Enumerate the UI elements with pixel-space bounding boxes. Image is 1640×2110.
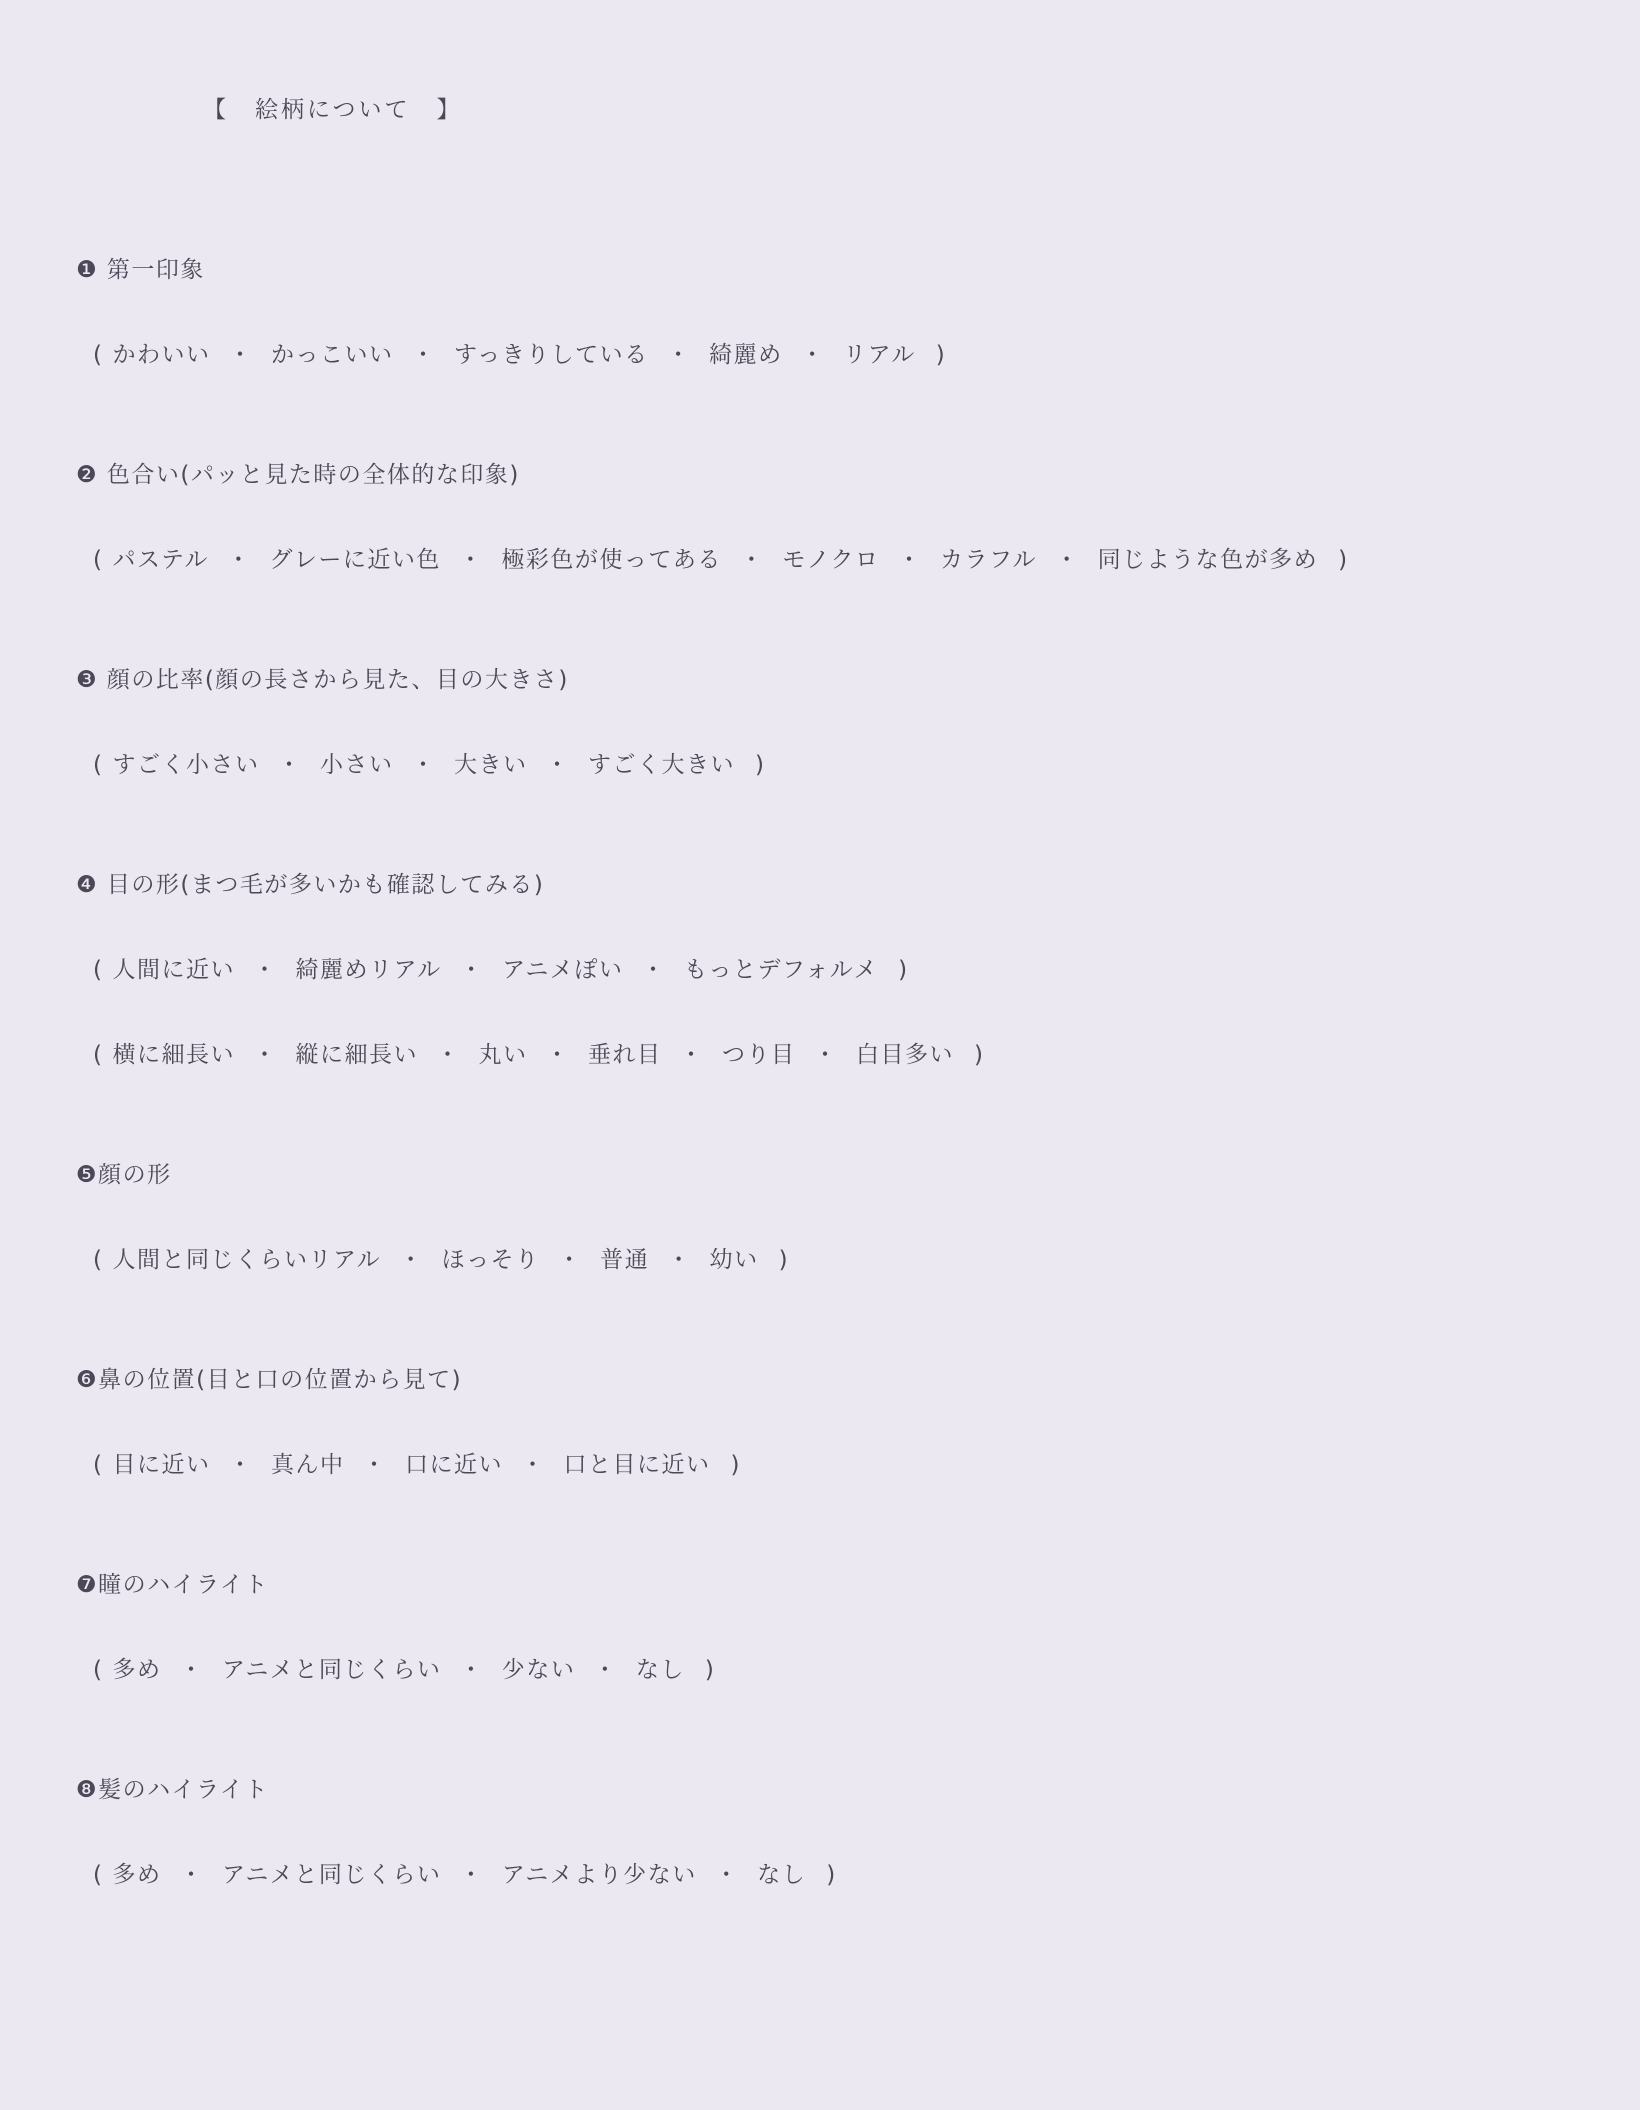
option-item: アニメぽい: [502, 955, 623, 985]
option-item: 極彩色が使ってある: [501, 545, 722, 575]
option-item: モノクロ: [782, 545, 879, 575]
option-item: 人間に近い: [112, 955, 235, 985]
sections: ❶ 第一印象(かわいい・かっこいい・すっきりしている・綺麗め・リアル)❷ 色合い…: [76, 255, 1600, 1890]
option-separator: ・: [460, 957, 485, 983]
paren-open: (: [93, 547, 103, 573]
section-heading: ❷ 色合い(パッと見た時の全体的な印象): [76, 460, 1600, 490]
option-item: すごく大きい: [588, 750, 735, 780]
option-separator: ・: [813, 1042, 838, 1068]
option-separator: ・: [545, 752, 570, 778]
option-item: アニメより少ない: [502, 1860, 697, 1890]
option-item: 綺麗め: [709, 340, 783, 370]
option-item: なし: [757, 1860, 806, 1890]
paren-open: (: [93, 1862, 103, 1888]
option-item: かわいい: [112, 340, 210, 370]
option-separator: ・: [459, 547, 484, 573]
option-item: 普通: [600, 1245, 649, 1275]
option-separator: ・: [228, 342, 253, 368]
paren-close: ): [755, 752, 765, 778]
option-item: アニメと同じくらい: [222, 1655, 441, 1685]
section-heading: ❸ 顔の比率(顔の長さから見た、目の大きさ): [76, 665, 1600, 695]
option-separator: ・: [411, 342, 436, 368]
option-separator: ・: [593, 1657, 618, 1683]
option-line: (多め・アニメと同じくらい・少ない・なし): [93, 1655, 1600, 1685]
section-heading: ❻鼻の位置(目と口の位置から見て): [76, 1365, 1600, 1395]
option-item: すごく小さい: [112, 750, 259, 780]
paren-open: (: [93, 957, 103, 983]
option-separator: ・: [667, 342, 692, 368]
option-item: もっとデフォルメ: [684, 955, 878, 985]
option-item: ほっそり: [442, 1245, 540, 1275]
section-heading: ❽髪のハイライト: [76, 1775, 1600, 1805]
section: ❻鼻の位置(目と口の位置から見て)(目に近い・真ん中・口に近い・口と目に近い): [76, 1365, 1600, 1480]
paren-open: (: [93, 1042, 103, 1068]
paren-open: (: [93, 1247, 103, 1273]
option-line: (人間に近い・綺麗めリアル・アニメぽい・もっとデフォルメ): [93, 955, 1600, 985]
option-item: 白目多い: [856, 1040, 954, 1070]
section: ❺顔の形(人間と同じくらいリアル・ほっそり・普通・幼い): [76, 1160, 1600, 1275]
option-item: なし: [636, 1655, 685, 1685]
paren-open: (: [93, 752, 103, 778]
option-separator: ・: [253, 957, 278, 983]
paren-open: (: [93, 342, 103, 368]
paren-close: ): [826, 1862, 836, 1888]
option-separator: ・: [740, 547, 765, 573]
paren-close: ): [974, 1042, 984, 1068]
option-line: (目に近い・真ん中・口に近い・口と目に近い): [93, 1450, 1600, 1480]
section-heading: ❹ 目の形(まつ毛が多いかも確認してみる): [76, 870, 1600, 900]
section: ❼瞳のハイライト(多め・アニメと同じくらい・少ない・なし): [76, 1570, 1600, 1685]
option-item: パステル: [112, 545, 208, 575]
option-separator: ・: [715, 1862, 740, 1888]
option-item: 多め: [112, 1655, 161, 1685]
option-separator: ・: [521, 1452, 546, 1478]
option-item: 小さい: [320, 750, 394, 780]
option-separator: ・: [179, 1862, 204, 1888]
section: ❸ 顔の比率(顔の長さから見た、目の大きさ)(すごく小さい・小さい・大きい・すご…: [76, 665, 1600, 780]
option-line: (かわいい・かっこいい・すっきりしている・綺麗め・リアル): [93, 340, 1600, 370]
option-separator: ・: [362, 1452, 387, 1478]
option-item: 綺麗めリアル: [295, 955, 441, 985]
option-line: (人間と同じくらいリアル・ほっそり・普通・幼い): [93, 1245, 1600, 1275]
option-separator: ・: [641, 957, 666, 983]
option-separator: ・: [227, 547, 252, 573]
option-separator: ・: [436, 1042, 461, 1068]
option-item: 少ない: [502, 1655, 576, 1685]
section-heading: ❼瞳のハイライト: [76, 1570, 1600, 1600]
option-separator: ・: [1055, 547, 1080, 573]
option-item: 大きい: [454, 750, 528, 780]
option-item: 横に細長い: [112, 1040, 235, 1070]
section-heading: ❺顔の形: [76, 1160, 1600, 1190]
section: ❽髪のハイライト(多め・アニメと同じくらい・アニメより少ない・なし): [76, 1775, 1600, 1890]
option-item: カラフル: [940, 545, 1037, 575]
option-item: 縦に細長い: [295, 1040, 418, 1070]
option-separator: ・: [459, 1657, 484, 1683]
questionnaire-page: 【 絵柄について 】 ❶ 第一印象(かわいい・かっこいい・すっきりしている・綺麗…: [0, 0, 1640, 2110]
option-separator: ・: [459, 1862, 484, 1888]
option-item: 垂れ目: [588, 1040, 662, 1070]
option-item: 多め: [112, 1860, 161, 1890]
option-separator: ・: [228, 1452, 253, 1478]
option-separator: ・: [801, 342, 826, 368]
option-line: (横に細長い・縦に細長い・丸い・垂れ目・つり目・白目多い): [93, 1040, 1600, 1070]
option-item: 幼い: [710, 1245, 759, 1275]
option-separator: ・: [679, 1042, 704, 1068]
page-title: 【 絵柄について 】: [203, 95, 1600, 125]
option-separator: ・: [399, 1247, 424, 1273]
option-separator: ・: [667, 1247, 692, 1273]
option-item: 口に近い: [405, 1450, 503, 1480]
option-item: かっこいい: [271, 340, 394, 370]
option-item: 同じような色が多め: [1098, 545, 1319, 575]
paren-open: (: [93, 1657, 103, 1683]
option-line: (多め・アニメと同じくらい・アニメより少ない・なし): [93, 1860, 1600, 1890]
option-item: グレーに近い色: [269, 545, 441, 575]
paren-close: ): [936, 342, 946, 368]
option-item: アニメと同じくらい: [222, 1860, 441, 1890]
option-separator: ・: [411, 752, 436, 778]
option-separator: ・: [558, 1247, 583, 1273]
option-separator: ・: [277, 752, 302, 778]
option-line: (すごく小さい・小さい・大きい・すごく大きい): [93, 750, 1600, 780]
paren-close: ): [779, 1247, 789, 1273]
option-separator: ・: [253, 1042, 278, 1068]
option-item: つり目: [722, 1040, 796, 1070]
option-separator: ・: [179, 1657, 204, 1683]
paren-open: (: [93, 1452, 103, 1478]
paren-close: ): [1338, 547, 1348, 573]
option-separator: ・: [545, 1042, 570, 1068]
option-line: (パステル・グレーに近い色・極彩色が使ってある・モノクロ・カラフル・同じような色…: [93, 545, 1600, 575]
option-item: リアル: [843, 340, 916, 370]
option-item: 目に近い: [112, 1450, 210, 1480]
paren-close: ): [898, 957, 908, 983]
section: ❷ 色合い(パッと見た時の全体的な印象)(パステル・グレーに近い色・極彩色が使っ…: [76, 460, 1600, 575]
option-separator: ・: [897, 547, 922, 573]
option-item: 丸い: [478, 1040, 527, 1070]
section: ❹ 目の形(まつ毛が多いかも確認してみる)(人間に近い・綺麗めリアル・アニメぽい…: [76, 870, 1600, 1070]
option-item: すっきりしている: [454, 340, 649, 370]
paren-close: ): [730, 1452, 740, 1478]
option-item: 口と目に近い: [563, 1450, 710, 1480]
section: ❶ 第一印象(かわいい・かっこいい・すっきりしている・綺麗め・リアル): [76, 255, 1600, 370]
section-heading: ❶ 第一印象: [76, 255, 1600, 285]
option-item: 人間と同じくらいリアル: [112, 1245, 381, 1275]
option-item: 真ん中: [271, 1450, 345, 1480]
paren-close: ): [705, 1657, 715, 1683]
